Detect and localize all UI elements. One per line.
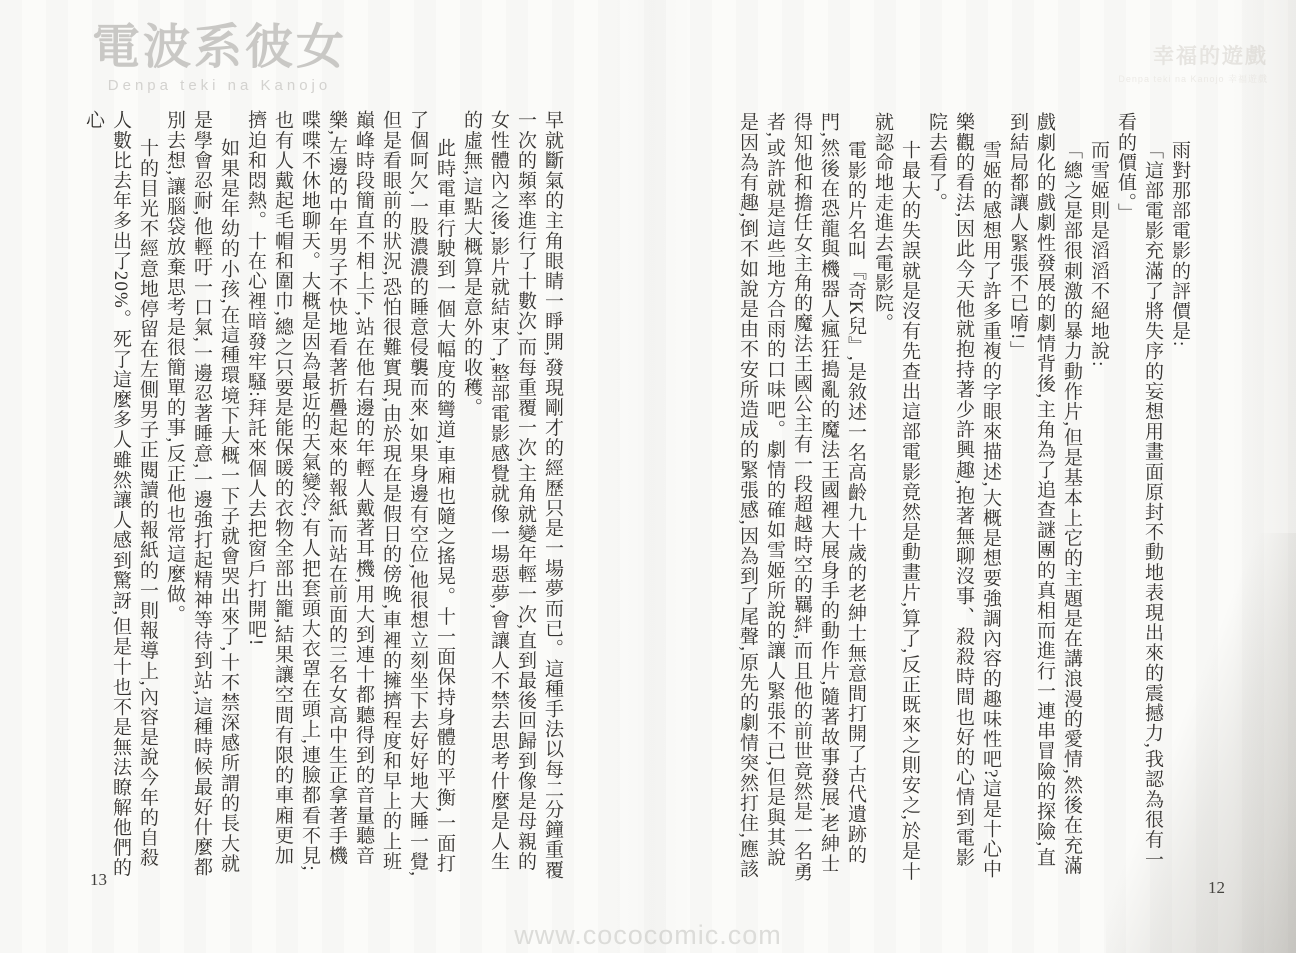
body-paragraph: 「這部電影充滿了將失序的妄想用畫面原封不動地表現出來的震撼力,我認為很有一看的價…: [1112, 112, 1166, 882]
body-paragraph: 十最大的失誤就是沒有先查出這部電影竟然是動畫片,算了,反正既來之則安之,於是十就…: [869, 112, 923, 882]
body-paragraph: 雨對那部電影的評價是:: [1166, 112, 1193, 882]
right-page-body-text: 雨對那部電影的評價是:「這部電影充滿了將失序的妄想用畫面原封不動地表現出來的震撼…: [713, 112, 1193, 882]
volume-header-faint: 幸福的遊戲 Denpa teki na Kanojo 幸福遊戲: [1118, 40, 1268, 85]
watermark-url: www.cococomic.com: [0, 920, 1296, 951]
left-page-body-text: 早就斷氣的主角眼睛一睜開,發現剛才的經歷只是一場夢而已。這種手法以每二分鐘重覆一…: [86, 110, 566, 882]
volume-title: 幸福的遊戲: [1118, 40, 1268, 70]
body-paragraph: 早就斷氣的主角眼睛一睜開,發現剛才的經歷只是一場夢而已。這種手法以每二分鐘重覆一…: [458, 110, 566, 882]
body-paragraph: 如果是年幼的小孩,在這種環境下大概一下子就會哭出來了,十不禁深感所謂的長大就是學…: [161, 110, 242, 882]
body-paragraph: 「總之是部很刺激的暴力動作片,但是基本上它的主題是在講浪漫的愛情,然後在充滿戲劇…: [1004, 112, 1085, 882]
body-paragraph: 此時電車行駛到一個大幅度的彎道,車廂也隨之搖晃。十一面保持身體的平衡,一面打了個…: [242, 110, 458, 882]
body-paragraph: 雪姬的感想用了許多重複的字眼來描述,大概是想要強調內容的趣味性吧?這是十心中樂觀…: [923, 112, 1004, 882]
volume-subtitle: Denpa teki na Kanojo 幸福遊戲: [1118, 72, 1268, 85]
page-number-left: 13: [90, 870, 107, 890]
brand-logo-title: 電波系彼女: [92, 22, 347, 75]
book-scan-spread: 電波系彼女 Denpa teki na Kanojo 幸福的遊戲 Denpa t…: [0, 0, 1296, 953]
body-paragraph: 而雪姬則是滔滔不絕地說:: [1085, 112, 1112, 882]
page-gutter-shading: [612, 0, 692, 953]
brand-logo: 電波系彼女 Denpa teki na Kanojo: [92, 22, 347, 94]
body-paragraph: 電影的片名叫『奇K兒』,是敘述一名高齡九十歲的老紳士無意間打開了古代遺跡的門,然…: [734, 112, 869, 882]
brand-logo-subtitle: Denpa teki na Kanojo: [92, 77, 347, 94]
body-paragraph: 十的目光不經意地停留在左側男子正閱讀的報紙的一則報導上,內容是說今年的自殺人數比…: [86, 110, 161, 882]
scan-edge-shading: [1232, 0, 1296, 953]
page-number-right: 12: [1208, 878, 1225, 898]
